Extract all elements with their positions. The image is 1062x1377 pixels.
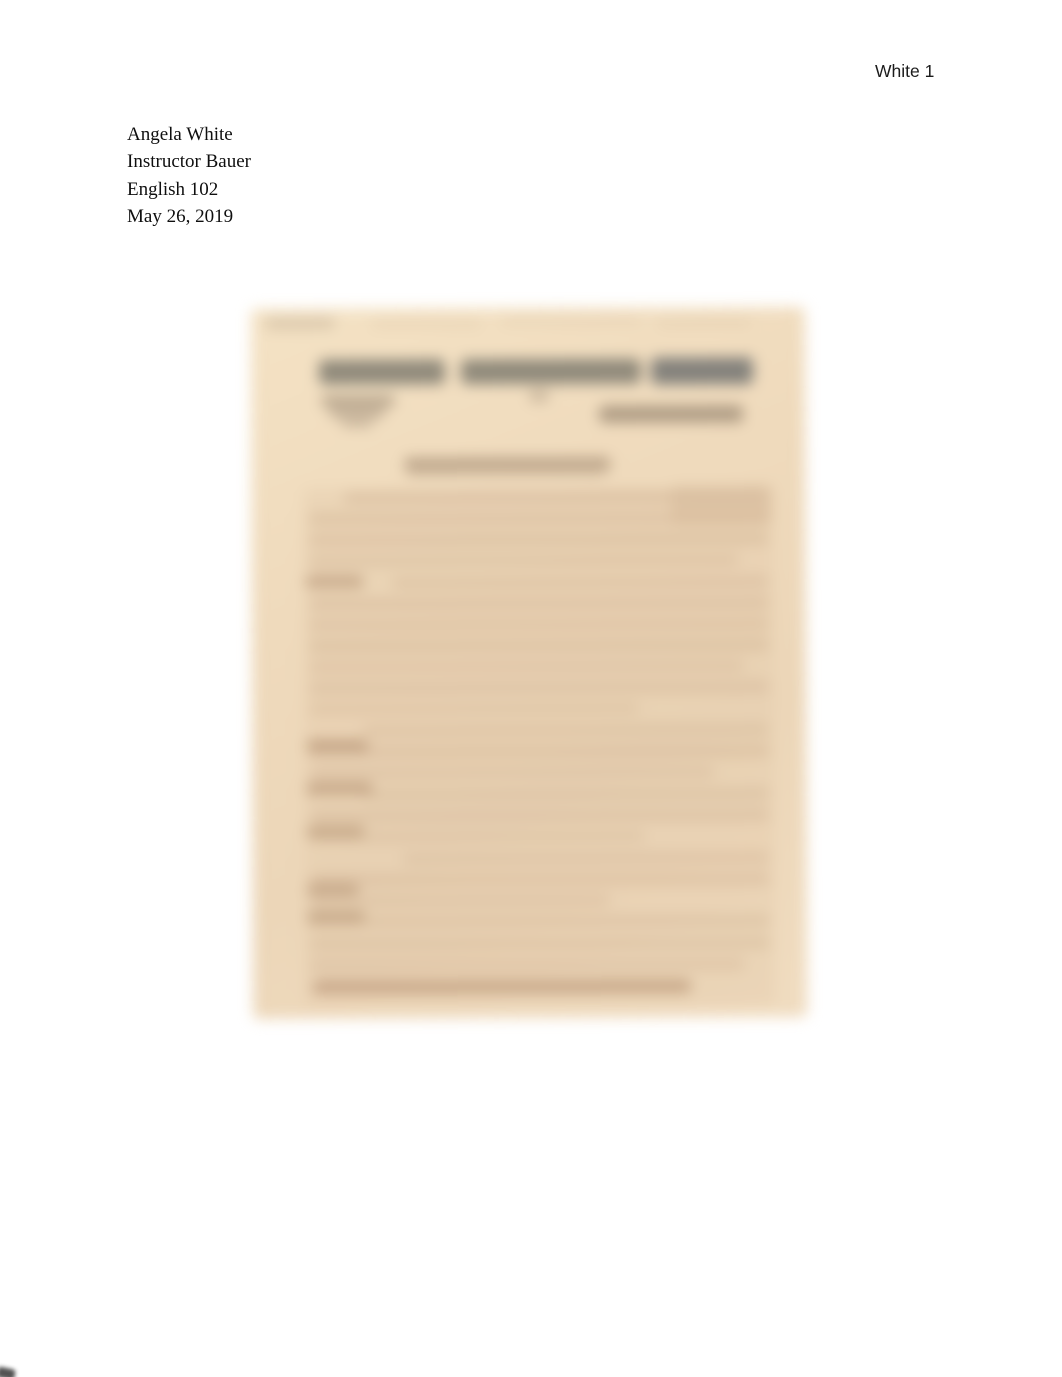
ink-blob <box>371 320 481 327</box>
ink-blob <box>309 681 769 694</box>
student-info-block: Angela White Instructor Bauer English 10… <box>127 121 251 231</box>
ink-blob <box>310 915 770 928</box>
ink-blob <box>309 554 739 567</box>
ink-blob <box>651 357 753 384</box>
ink-blob <box>310 895 610 907</box>
ink-blob <box>529 390 549 402</box>
ink-blob <box>309 533 769 546</box>
ink-blob <box>403 852 770 864</box>
ink-blob <box>406 473 606 477</box>
date-line: May 26, 2019 <box>127 203 251 230</box>
ink-blob <box>404 457 610 472</box>
ink-blob <box>306 783 372 795</box>
ink-blob <box>656 319 751 326</box>
ink-blob <box>309 660 744 673</box>
ink-blob <box>362 724 769 736</box>
ink-blob <box>309 597 769 610</box>
ink-blob <box>309 618 769 631</box>
ink-blob <box>310 873 770 886</box>
ink-blob <box>501 318 641 325</box>
ink-blob <box>329 409 385 418</box>
document-page: White 1 Angela White Instructor Bauer En… <box>0 0 1062 1377</box>
ink-blob <box>308 512 768 525</box>
ink-blob <box>319 359 445 384</box>
ink-blob <box>321 395 395 406</box>
ink-blob <box>265 317 335 330</box>
ink-blob <box>309 745 769 758</box>
embedded-document-image <box>240 295 822 1035</box>
ink-blob <box>310 937 770 950</box>
ink-blob <box>307 911 365 923</box>
ink-blob <box>461 359 641 385</box>
ink-blob <box>362 788 769 800</box>
ink-blob <box>341 420 373 428</box>
corner-smudge <box>0 1366 16 1377</box>
ink-blob <box>307 884 359 896</box>
ink-blob <box>309 639 769 652</box>
ink-blob <box>309 766 714 778</box>
ink-blob <box>599 405 743 423</box>
ink-blob <box>309 703 639 715</box>
course-name: English 102 <box>127 176 251 203</box>
ink-blob <box>392 576 769 588</box>
student-name: Angela White <box>127 121 251 148</box>
instructor-name: Instructor Bauer <box>127 148 251 175</box>
ink-blob <box>343 491 767 503</box>
document-paper <box>251 307 807 1019</box>
ink-blob <box>310 958 745 971</box>
ink-blob <box>306 740 368 752</box>
ink-blob <box>306 576 364 588</box>
ink-blob <box>310 809 770 822</box>
ink-blob <box>313 979 691 993</box>
running-head: White 1 <box>875 61 934 82</box>
ink-blob <box>307 826 365 838</box>
